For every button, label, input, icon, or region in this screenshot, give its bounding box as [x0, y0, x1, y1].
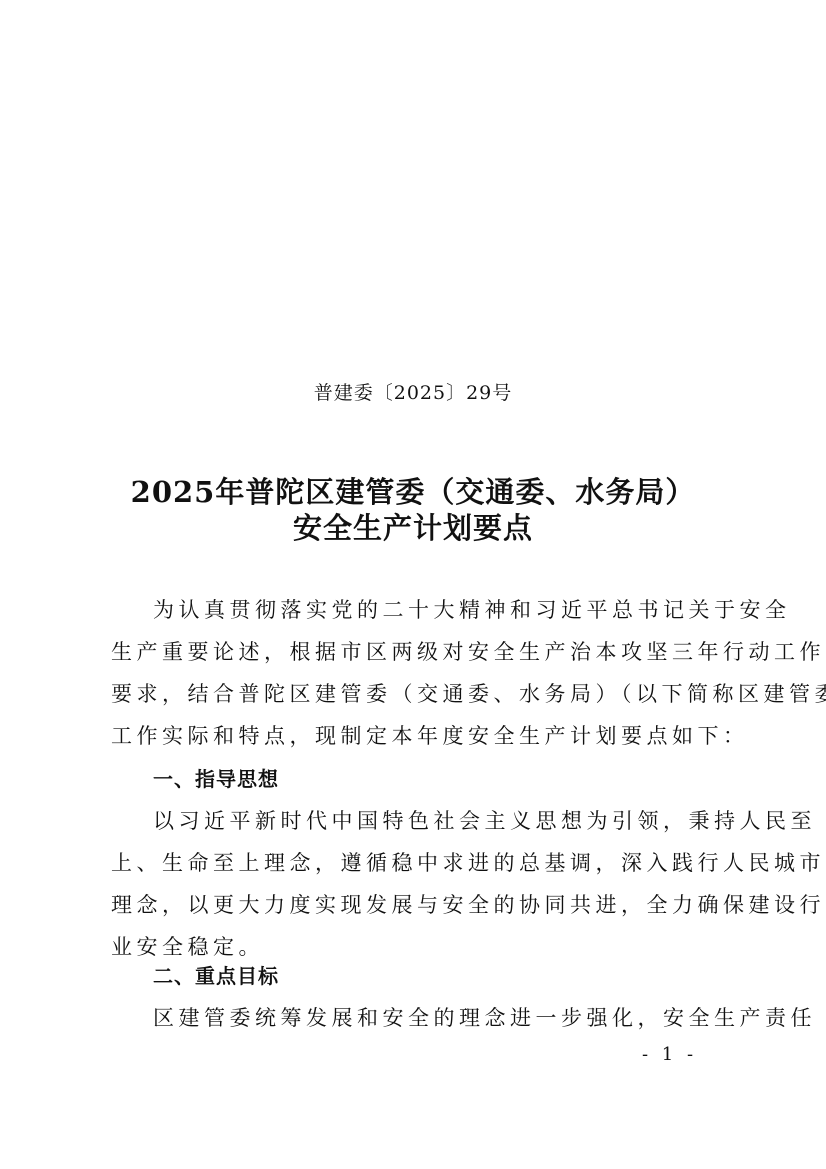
- section-heading-guiding-ideology: 一、指导思想: [153, 763, 279, 792]
- document-title-line-1: 2025年普陀区建管委（交通委、水务局）: [0, 470, 826, 511]
- section2-paragraph-line: 区建管委统筹发展和安全的理念进一步强化，安全生产责任: [153, 1002, 727, 1032]
- page-number: - 1 -: [642, 1044, 697, 1065]
- section1-paragraph-line: 上、生命至上理念，遵循稳中求进的总基调，深入践行人民城市: [111, 847, 727, 877]
- section1-paragraph-line: 理念，以更大力度实现发展与安全的协同共进，全力确保建设行: [111, 889, 727, 919]
- section1-paragraph-line: 以习近平新时代中国特色社会主义思想为引领，秉持人民至: [153, 805, 727, 835]
- section1-paragraph-line: 业安全稳定。: [111, 931, 727, 961]
- document-number: 普建委〔2025〕29号: [0, 378, 826, 405]
- intro-paragraph-line: 工作实际和特点，现制定本年度安全生产计划要点如下：: [111, 720, 727, 750]
- intro-paragraph-line: 要求，结合普陀区建管委（交通委、水务局）（以下简称区建管委）: [111, 678, 727, 708]
- intro-paragraph-line: 生产重要论述，根据市区两级对安全生产治本攻坚三年行动工作: [111, 636, 727, 666]
- intro-paragraph-line: 为认真贯彻落实党的二十大精神和习近平总书记关于安全: [153, 594, 727, 624]
- document-title-line-2: 安全生产计划要点: [0, 506, 826, 547]
- section-heading-key-goals: 二、重点目标: [153, 960, 279, 989]
